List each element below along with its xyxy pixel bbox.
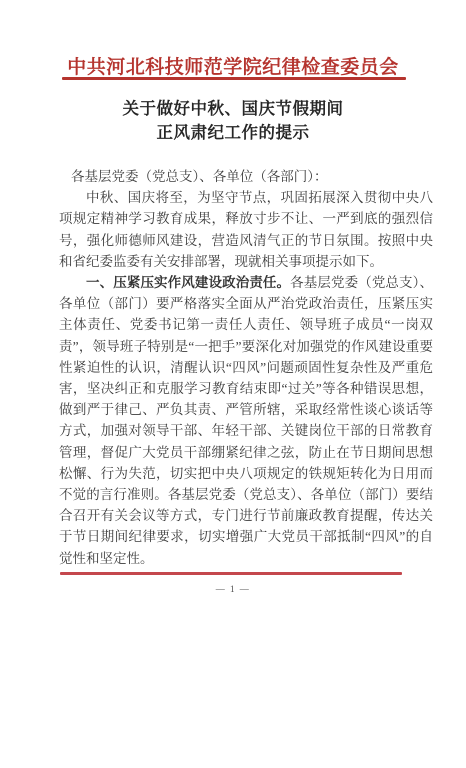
section-one-heading: 一、压紧压实作风建设政治责任。 (86, 275, 290, 290)
document-body: 各基层党委（党总支）、各单位（各部门）： 中秋、国庆将至，为坚守节点，巩固拓展深… (59, 166, 433, 569)
document-title-line2: 正风肃纪工作的提示 (0, 121, 466, 145)
document-page: 中共河北科技师范学院纪律检查委员会 关于做好中秋、国庆节假期间 正风肃纪工作的提… (0, 0, 466, 768)
document-title-line1: 关于做好中秋、国庆节假期间 (0, 97, 466, 121)
footer-red-rule (60, 572, 402, 575)
document-header-org: 中共河北科技师范学院纪律检查委员会 (0, 52, 466, 79)
paragraph-section-one: 一、压紧压实作风建设政治责任。各基层党委（党总支）、各单位（部门）要严格落实全面… (59, 272, 433, 569)
paragraph-intro: 中秋、国庆将至，为坚守节点，巩固拓展深入贯彻中央八项规定精神学习教育成果，释放寸… (59, 187, 433, 272)
salutation-line: 各基层党委（党总支）、各单位（各部门）： (59, 166, 433, 187)
header-red-rule (62, 77, 406, 80)
document-title: 关于做好中秋、国庆节假期间 正风肃纪工作的提示 (0, 97, 466, 144)
section-one-text: 各基层党委（党总支）、各单位（部门）要严格落实全面从严治党政治责任，压紧压实主体… (59, 275, 433, 566)
page-number: — 1 — (0, 584, 466, 594)
